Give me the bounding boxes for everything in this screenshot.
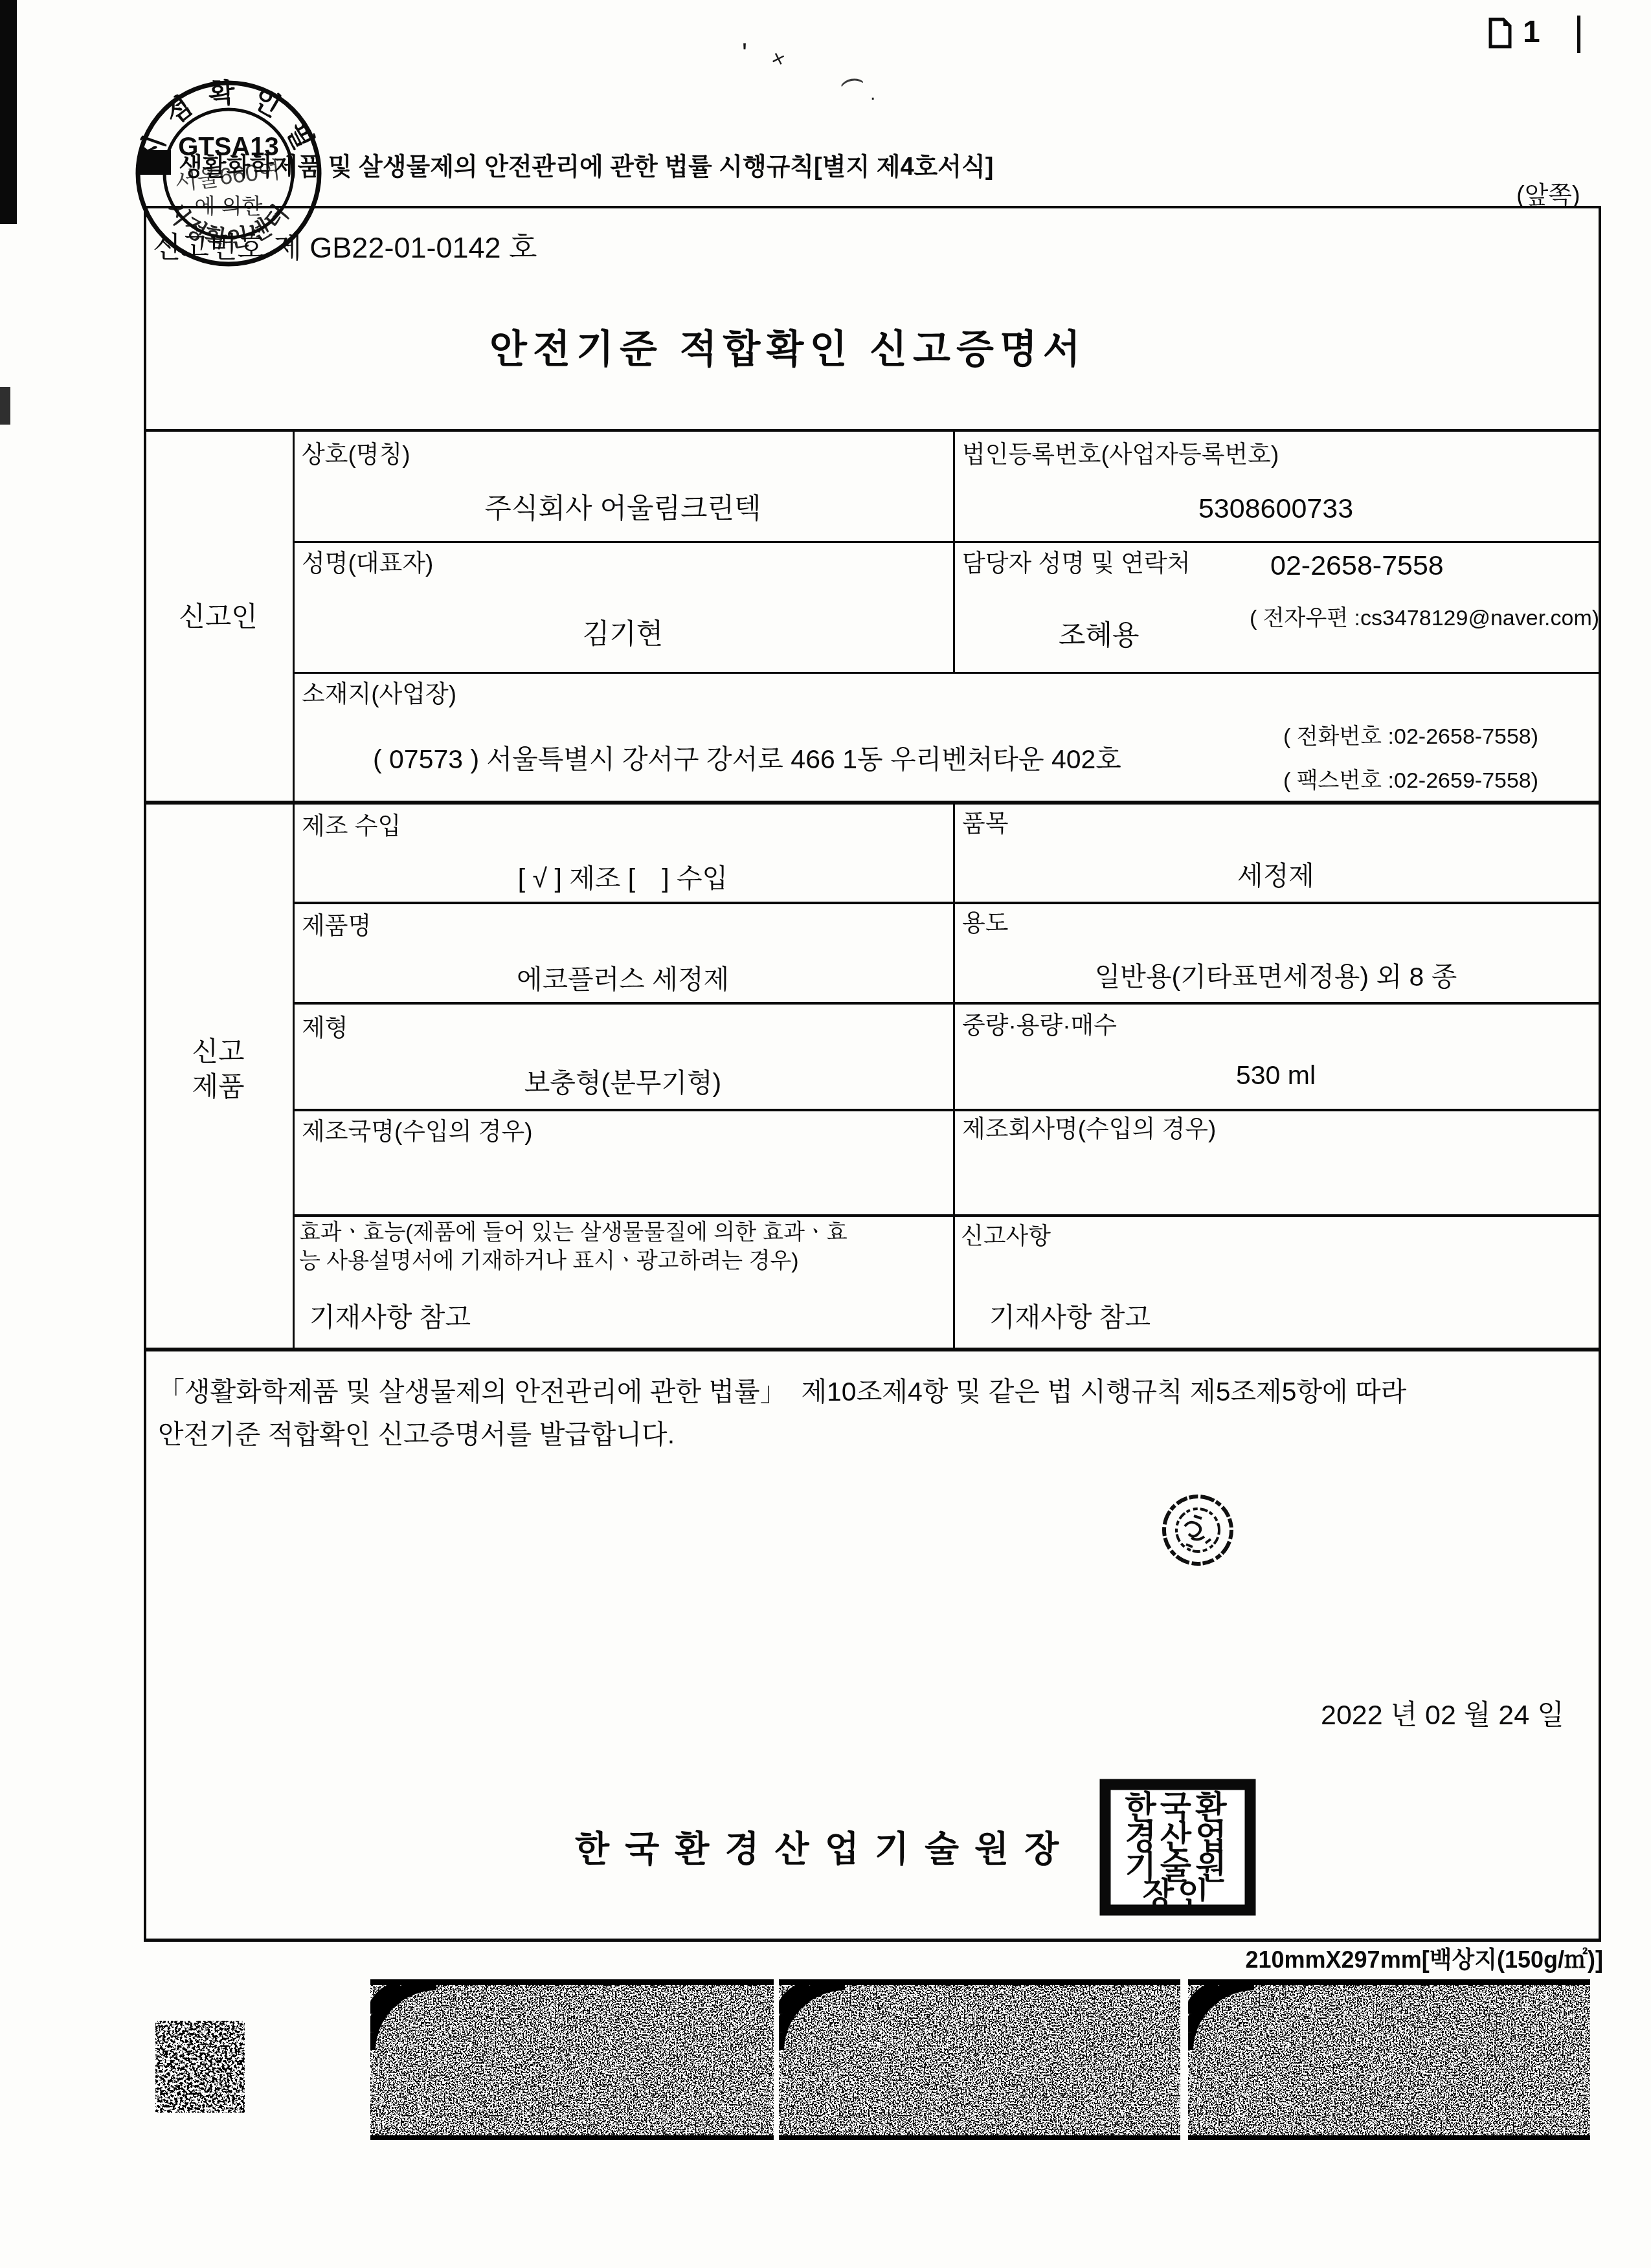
item-value: 세정제 (953, 854, 1599, 893)
report-items-value: 기재사항 참고 (989, 1296, 1151, 1334)
grid-line (293, 1109, 1601, 1111)
address-tel: ( 전화번호 :02-2658-7558) (1283, 718, 1538, 750)
weight-label: 중량·용량·매수 (962, 1006, 1117, 1041)
corp-reg-label: 법인등록번호(사업자등록번호) (962, 435, 1279, 470)
effect-label: 효과ㆍ효능(제품에 들어 있는 살생물물질에 의한 효과ㆍ효 능 사용설명서에 … (299, 1218, 953, 1275)
noise-block (1188, 1979, 1590, 2140)
company-value: 주식회사 어울림크린텍 (293, 487, 953, 526)
issuing-authority: 한국환경산업기술원장 (575, 1820, 1074, 1871)
address-value: ( 07573 ) 서울특별시 강서구 강서로 466 1동 우리벤처타운 40… (373, 738, 1121, 776)
certificate-title: 안전기준 적합확인 신고증명서 (489, 318, 1086, 374)
round-seal (1160, 1493, 1235, 1568)
noise-block (779, 1979, 1180, 2140)
grid-line (293, 1002, 1601, 1005)
company-label: 상호(명칭) (302, 435, 410, 470)
grid-line (293, 541, 1601, 543)
qr-noise-block (155, 2021, 245, 2113)
form-type-value: 보충형(분무기형) (293, 1062, 953, 1100)
grid-line (293, 902, 1601, 904)
item-label: 품목 (962, 804, 1008, 839)
make-import-label: 제조 수입 (302, 806, 401, 841)
use-label: 용도 (962, 904, 1008, 939)
corner-mark (1577, 16, 1580, 53)
grid-line (144, 429, 1601, 432)
product-section-label-line1: 신고 (144, 1030, 293, 1069)
make-import-value: [ √ ] 제조 [ ] 수입 (293, 857, 953, 895)
grid-line (144, 1348, 1601, 1351)
ink-speck: ' (742, 38, 747, 69)
report-number: 신고번호 제 GB22-01-0142 호 (153, 224, 537, 266)
contact-name: 조혜용 (1059, 614, 1140, 653)
product-name-label: 제품명 (302, 906, 371, 941)
product-name-value: 에코플러스 세정제 (293, 958, 953, 996)
product-section-label-line2: 제품 (144, 1065, 293, 1104)
ink-speck: × (768, 45, 788, 73)
box-border-top (144, 206, 1601, 208)
address-fax: ( 팩스번호 :02-2659-7558) (1283, 762, 1538, 794)
header-bullet-square (140, 150, 171, 175)
maker-label: 제조회사명(수입의 경우) (962, 1109, 1216, 1144)
page-icon (1488, 17, 1512, 49)
page-number: 1 (1523, 14, 1540, 50)
scan-edge-artifact (0, 387, 10, 425)
grid-line (144, 801, 1601, 805)
contact-phone: 02-2658-7558 (1270, 550, 1444, 582)
grid-line (953, 429, 955, 674)
contact-label: 담당자 성명 및 연락처 (962, 544, 1191, 579)
use-value: 일반용(기타표면세정용) 외 8 종 (953, 955, 1599, 994)
corp-reg-value: 5308600733 (953, 493, 1599, 525)
scan-edge-artifact (0, 0, 17, 224)
paper-spec: 210mmX297mm[백상지(150g/㎡)] (1230, 1942, 1603, 1975)
declarant-section-label: 신고인 (144, 595, 293, 634)
front-side-label: (앞쪽) (1516, 175, 1580, 210)
grid-line (293, 672, 1601, 674)
address-label: 소재지(사업장) (302, 674, 456, 709)
form-type-label: 제형 (302, 1008, 348, 1043)
country-label: 제조국명(수입의 경우) (302, 1112, 533, 1147)
noise-block (370, 1979, 774, 2140)
contact-email: ( 전자우편 :cs3478129@naver.com) (1250, 606, 1604, 631)
grid-line (293, 1214, 1601, 1217)
weight-value: 530 ml (953, 1060, 1599, 1091)
report-items-label: 신고사항 (961, 1218, 1051, 1251)
effect-value: 기재사항 참고 (309, 1296, 471, 1334)
representative-value: 김기현 (293, 612, 953, 652)
issuance-statement: 「생활화학제품 및 살생물제의 안전관리에 관한 법률」 제10조제4항 및 같… (158, 1371, 1602, 1456)
form-reference: 생활화학제품 및 살생물제의 안전관리에 관한 법률 시행규칙[별지 제4호서식… (179, 146, 993, 182)
representative-label: 성명(대표자) (302, 544, 433, 579)
issue-date: 2022 년 02 월 24 일 (1321, 1693, 1564, 1733)
scanned-certificate-page: 1 ' × ( . 시 점 확 인 필 GTSA13 서울660여 에 의한 사… (0, 0, 1651, 2268)
seal-row: 장인 (1143, 1876, 1213, 1913)
ink-speck: ( (839, 74, 867, 87)
authority-seal: 한국환 경산업 기술원 장인 (1099, 1779, 1256, 1916)
ink-speck: . (870, 83, 875, 105)
box-border-right (1599, 206, 1601, 1942)
